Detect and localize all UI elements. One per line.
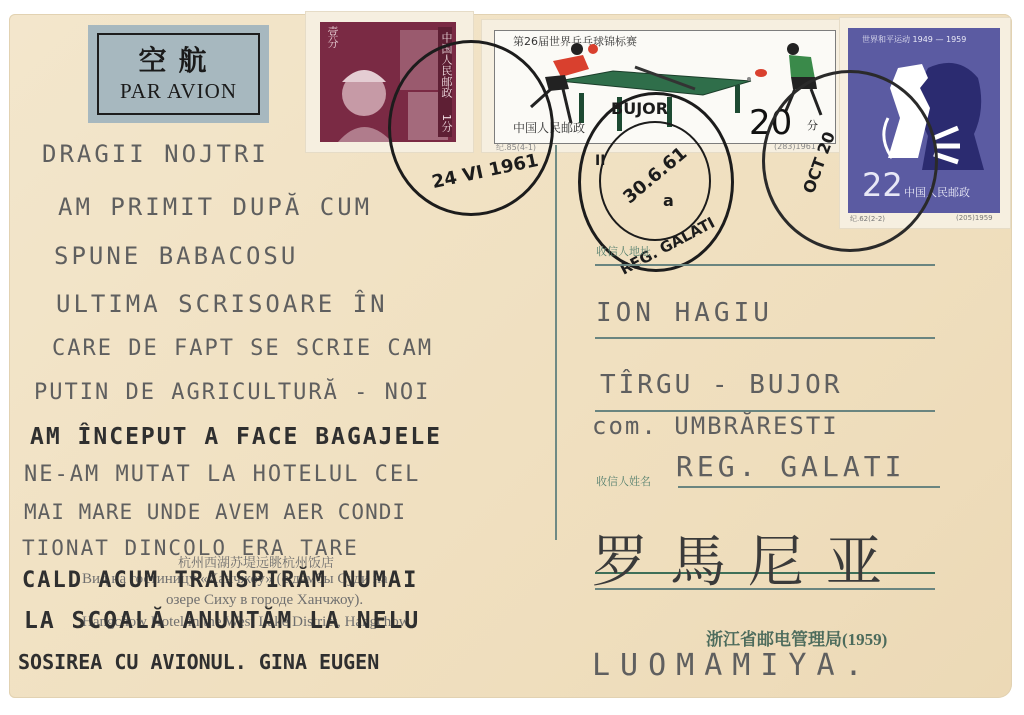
airmail-label-frame: 空航 PAR AVION	[97, 33, 260, 115]
postcard-divider	[555, 145, 557, 540]
message-line: PUTIN DE AGRICULTURĂ - NOI	[34, 380, 430, 405]
message-line: DRAGII NOJTRI	[42, 140, 269, 168]
message-line: AM PRIMIT DUPĂ CUM	[58, 193, 372, 221]
address-line-name: ION HAGIU	[596, 298, 773, 328]
peace-stamp-code-right: (205)1959	[956, 214, 993, 222]
message-line: SOSIREA CU AVIONUL. GINA EUGEN	[18, 650, 379, 674]
address-line	[595, 337, 935, 339]
right-cancel-date: OCT 20	[799, 129, 839, 196]
worker-stamp-top-text: 壹分	[324, 26, 340, 48]
caption-russian-line2: озере Сиху в городе Ханчжоу).	[166, 592, 363, 609]
airmail-label-text: PAR AVION	[120, 79, 237, 104]
address-line-town: TÎRGU - BUJOR	[600, 370, 843, 400]
airmail-label: 空航 PAR AVION	[88, 25, 269, 123]
message-line: MAI MARE UNDE AVEM AER CONDI	[24, 500, 406, 524]
address-line-region: REG. GALATI	[676, 450, 905, 483]
address-country-latin: LUOMAMIYA.	[592, 648, 873, 683]
message-line: CARE DE FAPT SE SCRIE CAM	[52, 336, 433, 361]
message-line: CALD ACUM TRANSPIRĂM NUMAI	[22, 568, 418, 593]
address-country-chinese: 罗馬尼亚	[592, 518, 904, 598]
address-line-commune: com. UMBRĂRESTI	[592, 412, 839, 440]
romanian-cancel-top-text: BUJOR	[611, 99, 668, 118]
recipient-name-label: 收信人姓名	[596, 473, 651, 489]
recipient-address-label: 收信人地址	[596, 243, 651, 259]
chinese-cancel-date: 24 VI 1961	[430, 150, 540, 193]
address-line	[678, 486, 940, 488]
romanian-cancel-letter: a	[663, 191, 674, 210]
message-line: AM ÎNCEPUT A FACE BAGAJELE	[30, 424, 442, 450]
message-line: ULTIMA SCRISOARE ÎN	[56, 290, 388, 318]
romanian-cancel-side: II	[595, 153, 605, 169]
airmail-label-chinese: 空航	[138, 45, 218, 77]
publisher-imprint: 浙江省邮电管理局(1959)	[706, 625, 887, 650]
message-line: SPUNE BABACOSU	[54, 242, 298, 270]
address-line	[595, 264, 935, 266]
chinese-cancel-postmark: 24 VI 1961	[388, 40, 554, 216]
message-line: NE-AM MUTAT LA HOTELUL CEL	[24, 462, 420, 487]
message-line: LA SCOALĂ ANUNTĂM LA NELU	[24, 608, 420, 634]
right-cancel-postmark: OCT 20	[762, 70, 938, 252]
